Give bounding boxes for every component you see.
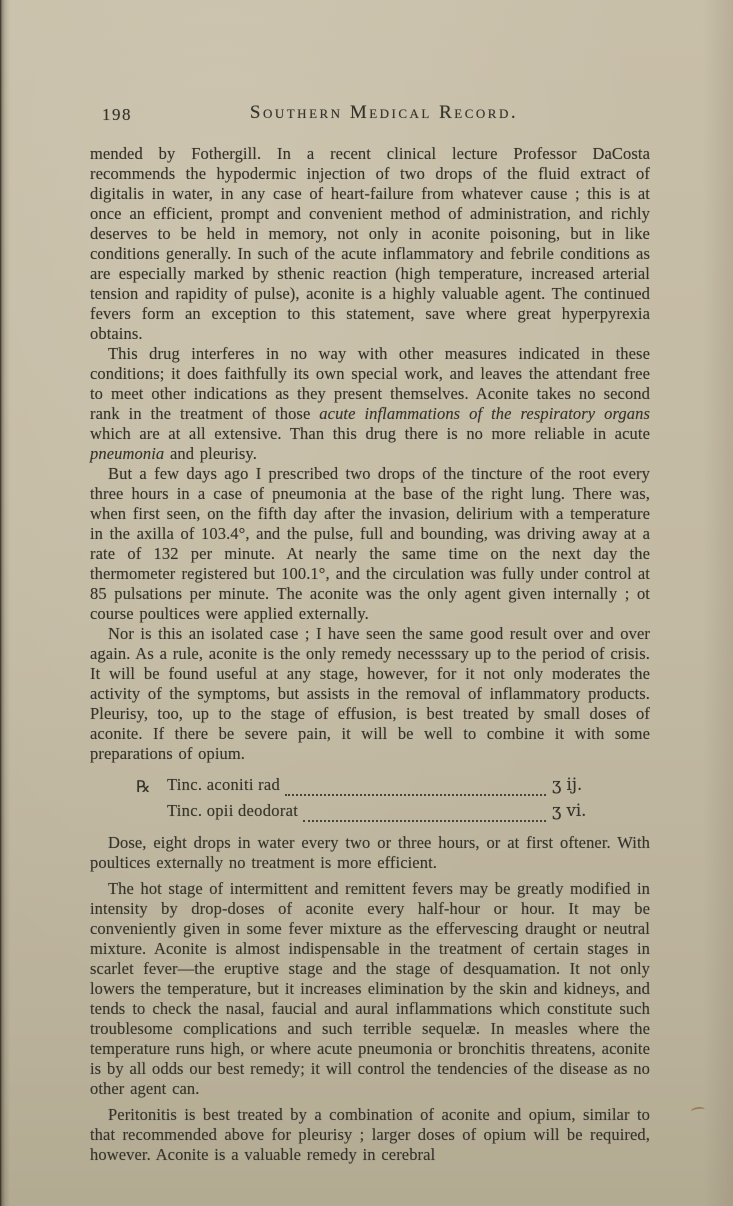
text-block: 198 Southern Medical Record. mended by F… xyxy=(90,102,650,1165)
ingredient-name: Tinc. aconiti rad xyxy=(167,775,283,795)
prescription-row: Tinc. opii deodoratʒ vi. xyxy=(167,801,604,827)
journal-title: Southern Medical Record. xyxy=(104,102,664,124)
scanned-page: 198 Southern Medical Record. mended by F… xyxy=(0,0,733,1206)
body-text: But a few days ago I prescribed two drop… xyxy=(90,464,650,623)
dotted-leader xyxy=(285,792,546,796)
article-body-bottom: Dose, eight drops in water every two or … xyxy=(90,833,650,1165)
body-text: Dose, eight drops in water every two or … xyxy=(90,833,650,872)
ingredient-name: Tinc. opii deodorat xyxy=(167,801,301,821)
paragraph: Peritonitis is best treated by a combina… xyxy=(90,1105,650,1165)
dotted-leader xyxy=(303,818,546,822)
prescription-row: Tinc. aconiti radʒ ij. xyxy=(167,775,604,801)
body-text: mended by Fothergill. In a recent clinic… xyxy=(90,144,650,343)
body-text: Peritonitis is best treated by a combina… xyxy=(90,1105,650,1164)
prescription-items: Tinc. aconiti radʒ ij.Tinc. opii deodora… xyxy=(167,775,604,827)
ingredient-quantity: ʒ vi. xyxy=(552,801,604,820)
paragraph: This drug interferes in no way with othe… xyxy=(90,344,650,464)
body-text: which are at all extensive. Than this dr… xyxy=(90,424,650,443)
body-text: Nor is this an isolated case ; I have se… xyxy=(90,624,650,763)
ingredient-quantity: ʒ ij. xyxy=(552,775,604,794)
running-head: 198 Southern Medical Record. xyxy=(90,102,650,130)
paper-blemish xyxy=(691,1106,706,1115)
article-body-top: mended by Fothergill. In a recent clinic… xyxy=(90,144,650,764)
paragraph: mended by Fothergill. In a recent clinic… xyxy=(90,144,650,344)
body-text: The hot stage of intermittent and remitt… xyxy=(90,879,650,1098)
rx-symbol: ℞ xyxy=(136,777,150,796)
italic-text: pneumonia xyxy=(90,444,164,463)
italic-text: acute inflammations of the respiratory o… xyxy=(319,404,650,423)
paragraph: Dose, eight drops in water every two or … xyxy=(90,833,650,873)
paragraph: Nor is this an isolated case ; I have se… xyxy=(90,624,650,764)
paragraph: The hot stage of intermittent and remitt… xyxy=(90,879,650,1099)
body-text: and pleurisy. xyxy=(164,444,257,463)
prescription-block: ℞ Tinc. aconiti radʒ ij.Tinc. opii deodo… xyxy=(90,775,650,827)
paragraph: But a few days ago I prescribed two drop… xyxy=(90,464,650,624)
